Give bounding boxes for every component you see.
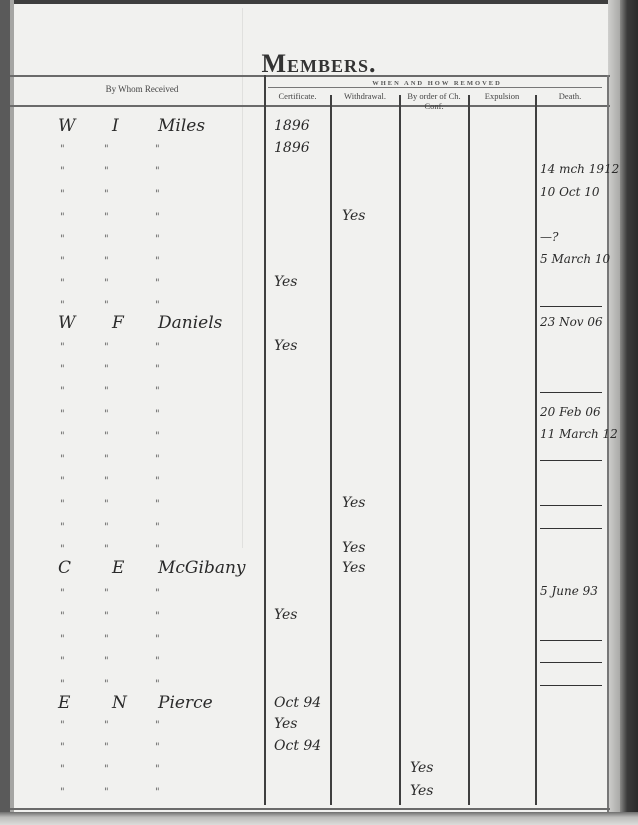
- member-initial: E: [58, 693, 70, 713]
- ditto-mark: ": [104, 611, 109, 622]
- group-rule: [268, 87, 602, 88]
- column-divider-expulsion: [535, 95, 537, 805]
- book-gutter: [608, 0, 620, 825]
- withdrawal-entry: Yes: [342, 208, 366, 224]
- ditto-mark: ": [104, 386, 109, 397]
- ditto-mark: ": [60, 611, 65, 622]
- member-surname: Daniels: [158, 313, 222, 333]
- death-entry: 5 June 93: [540, 584, 598, 598]
- ditto-mark: ": [155, 476, 160, 487]
- scan-right-edge: [620, 0, 638, 825]
- ditto-mark: ": [60, 300, 65, 311]
- death-blank-line: [540, 662, 602, 663]
- ditto-mark: ": [60, 787, 65, 798]
- ditto-mark: ": [155, 212, 160, 223]
- ditto-mark: ": [155, 144, 160, 155]
- ditto-mark: ": [155, 300, 160, 311]
- ditto-mark: ": [60, 720, 65, 731]
- ditto-mark: ": [60, 544, 65, 555]
- ditto-mark: ": [155, 611, 160, 622]
- ditto-mark: ": [155, 386, 160, 397]
- ditto-mark: ": [104, 634, 109, 645]
- ditto-mark: ": [104, 166, 109, 177]
- death-blank-line: [540, 685, 602, 686]
- certificate-entry: Oct 94: [274, 738, 321, 754]
- ditto-mark: ": [155, 679, 160, 690]
- ditto-mark: ": [104, 742, 109, 753]
- header-bottom-rule: [10, 105, 610, 107]
- ditto-mark: ": [60, 278, 65, 289]
- ditto-mark: ": [104, 189, 109, 200]
- ditto-mark: ": [155, 522, 160, 533]
- ditto-mark: ": [104, 544, 109, 555]
- ditto-mark: ": [104, 720, 109, 731]
- ditto-mark: ": [155, 278, 160, 289]
- by-order-entry: Yes: [410, 760, 434, 776]
- ditto-mark: ": [60, 679, 65, 690]
- ditto-mark: ": [104, 409, 109, 420]
- withdrawal-entry: Yes: [342, 495, 366, 511]
- page-right-rule: [607, 75, 609, 815]
- column-divider-by-order: [468, 95, 470, 805]
- header-by-order-ch-conf: By order of Ch. Conf.: [400, 91, 468, 111]
- ditto-mark: ": [60, 342, 65, 353]
- ditto-mark: ": [104, 588, 109, 599]
- member-initial: W: [58, 116, 75, 136]
- death-blank-line: [540, 392, 602, 393]
- ditto-mark: ": [104, 764, 109, 775]
- ditto-mark: ": [60, 588, 65, 599]
- death-entry: 14 mch 1912: [540, 162, 619, 176]
- ditto-mark: ": [155, 634, 160, 645]
- ditto-mark: ": [104, 499, 109, 510]
- ditto-mark: ": [155, 544, 160, 555]
- scan-bottom-edge: [0, 812, 638, 825]
- ditto-mark: ": [155, 499, 160, 510]
- ditto-mark: ": [60, 454, 65, 465]
- ditto-mark: ": [60, 634, 65, 645]
- death-blank-line: [540, 640, 602, 641]
- death-blank-line: [540, 505, 602, 506]
- ditto-mark: ": [104, 679, 109, 690]
- member-initial: C: [58, 558, 71, 578]
- ditto-mark: ": [104, 144, 109, 155]
- death-entry: 10 Oct 10: [540, 185, 600, 199]
- member-surname: Pierce: [158, 693, 213, 713]
- ditto-mark: ": [104, 256, 109, 267]
- certificate-entry: 1896: [274, 140, 310, 156]
- header-certificate: Certificate.: [265, 91, 330, 101]
- ditto-mark: ": [60, 256, 65, 267]
- ditto-mark: ": [155, 364, 160, 375]
- ditto-mark: ": [155, 588, 160, 599]
- ditto-mark: ": [60, 656, 65, 667]
- ditto-mark: ": [60, 522, 65, 533]
- ditto-mark: ": [155, 342, 160, 353]
- member-initial: E: [112, 558, 124, 578]
- ditto-mark: ": [155, 409, 160, 420]
- death-blank-line: [540, 306, 602, 307]
- ditto-mark: ": [60, 386, 65, 397]
- member-initial: I: [112, 116, 119, 136]
- ditto-mark: ": [155, 189, 160, 200]
- death-entry: 5 March 10: [540, 252, 610, 266]
- certificate-entry: Yes: [274, 607, 298, 623]
- member-surname: Miles: [158, 116, 205, 136]
- by-order-entry: Yes: [410, 783, 434, 799]
- death-entry: 23 Nov 06: [540, 315, 603, 329]
- ditto-mark: ": [155, 720, 160, 731]
- header-death: Death.: [536, 91, 604, 101]
- ditto-mark: ": [104, 234, 109, 245]
- ditto-mark: ": [60, 234, 65, 245]
- ditto-mark: ": [155, 166, 160, 177]
- ditto-mark: ": [155, 234, 160, 245]
- header-top-rule: [10, 75, 610, 77]
- ditto-mark: ": [60, 364, 65, 375]
- withdrawal-entry: Yes: [342, 560, 366, 576]
- header-expulsion: Expulsion: [469, 91, 535, 101]
- ditto-mark: ": [104, 431, 109, 442]
- member-initial: F: [112, 313, 124, 333]
- ditto-mark: ": [60, 764, 65, 775]
- death-entry: 20 Feb 06: [540, 405, 601, 419]
- header-by-whom-received: By Whom Received: [22, 84, 262, 94]
- ditto-mark: ": [104, 212, 109, 223]
- column-divider-certificate: [330, 95, 332, 805]
- ditto-mark: ": [155, 256, 160, 267]
- ditto-mark: ": [60, 189, 65, 200]
- ditto-mark: ": [155, 656, 160, 667]
- ditto-mark: ": [104, 476, 109, 487]
- withdrawal-entry: Yes: [342, 540, 366, 556]
- column-divider-received: [264, 75, 266, 805]
- certificate-entry: Yes: [274, 338, 298, 354]
- death-blank-line: [540, 460, 602, 461]
- column-divider-withdrawal: [399, 95, 401, 805]
- ditto-mark: ": [104, 300, 109, 311]
- ditto-mark: ": [60, 742, 65, 753]
- ditto-mark: ": [104, 454, 109, 465]
- ditto-mark: ": [60, 431, 65, 442]
- member-initial: W: [58, 313, 75, 333]
- member-surname: McGibany: [158, 558, 246, 578]
- ditto-mark: ": [60, 166, 65, 177]
- ditto-mark: ": [104, 787, 109, 798]
- ditto-mark: ": [60, 144, 65, 155]
- ditto-mark: ": [155, 764, 160, 775]
- ditto-mark: ": [155, 431, 160, 442]
- ditto-mark: ": [60, 476, 65, 487]
- ditto-mark: ": [104, 656, 109, 667]
- ditto-mark: ": [60, 499, 65, 510]
- ditto-mark: ": [155, 787, 160, 798]
- certificate-entry: Oct 94: [274, 695, 321, 711]
- header-when-how-removed: WHEN AND HOW REMOVED: [265, 80, 609, 87]
- ditto-mark: ": [104, 522, 109, 533]
- certificate-entry: 1896: [274, 118, 310, 134]
- ditto-mark: ": [104, 342, 109, 353]
- death-entry: 11 March 12: [540, 427, 618, 441]
- ditto-mark: ": [104, 278, 109, 289]
- certificate-entry: Yes: [274, 274, 298, 290]
- header-withdrawal: Withdrawal.: [331, 91, 399, 101]
- ditto-mark: ": [155, 742, 160, 753]
- ditto-mark: ": [104, 364, 109, 375]
- member-initial: N: [112, 693, 127, 713]
- ditto-mark: ": [155, 454, 160, 465]
- scan-left-margin: [10, 0, 14, 825]
- scan-top-edge: [0, 0, 638, 4]
- ditto-mark: ": [60, 212, 65, 223]
- death-entry: —?: [540, 230, 558, 244]
- death-blank-line: [540, 528, 602, 529]
- page-bottom-rule: [10, 808, 610, 810]
- scan-left-edge: [0, 0, 10, 825]
- ditto-mark: ": [60, 409, 65, 420]
- certificate-entry: Yes: [274, 716, 298, 732]
